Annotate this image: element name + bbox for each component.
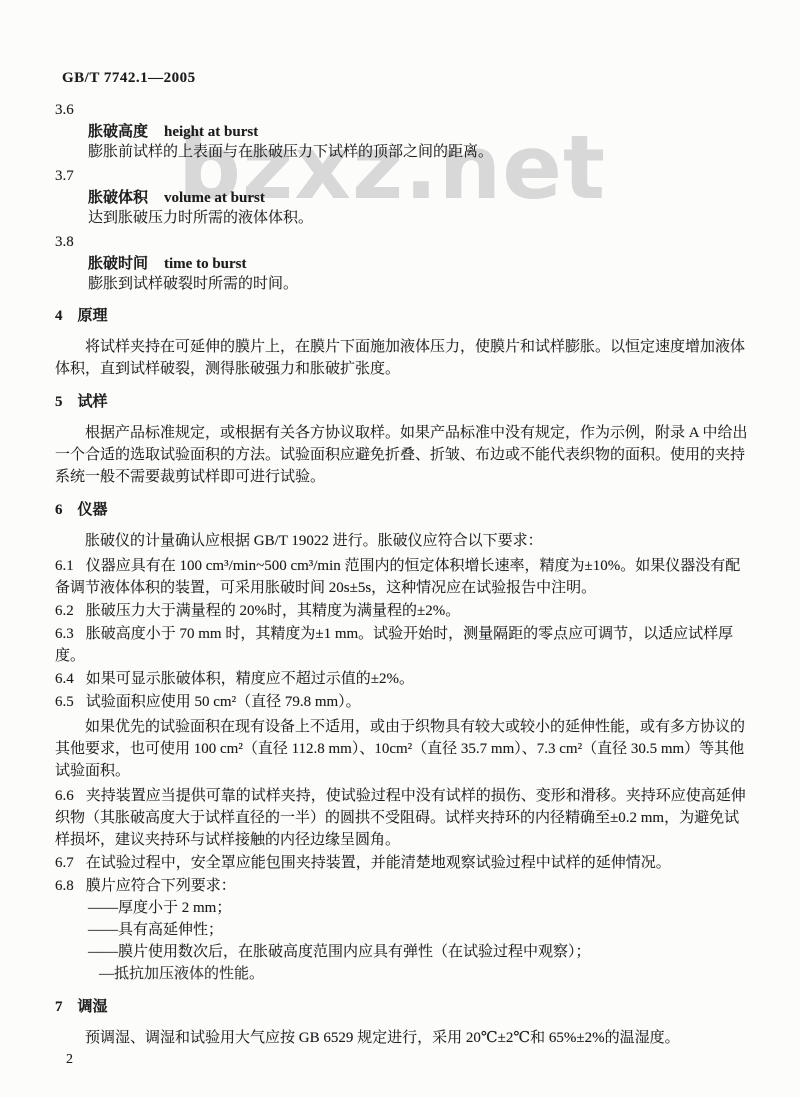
term-3-6-definition: 膨胀前试样的上表面与在胀破压力下试样的顶部之间的距离。 bbox=[55, 143, 752, 162]
section-4-number: 4 bbox=[55, 308, 63, 324]
section-5-paragraph: 根据产品标准规定，或根据有关各方协议取样。如果产品标准中没有规定，作为示例，附录… bbox=[55, 422, 752, 488]
clause-6-3: 6.3胀破高度小于 70 mm 时，其精度为±1 mm。试验开始时，测量隔距的零… bbox=[55, 623, 752, 667]
standard-number-header: GB/T 7742.1—2005 bbox=[62, 70, 196, 87]
page-number: 2 bbox=[66, 1052, 73, 1068]
clause-6-8: 6.8膜片应符合下列要求： bbox=[55, 875, 752, 897]
clause-6-6-number: 6.6 bbox=[55, 788, 74, 804]
clause-6-5-alt-areas: 如果优先的试验面积在现有设备上不适用，或由于织物具有较大或较小的延伸性能，或有多… bbox=[55, 716, 752, 782]
clause-6-2-text: 胀破压力大于满量程的 20%时，其精度为满量程的±2%。 bbox=[86, 603, 460, 619]
section-7-title: 调湿 bbox=[78, 999, 108, 1015]
membrane-requirement-thickness: ——厚度小于 2 mm； bbox=[55, 898, 752, 919]
term-3-6: 胀破高度height at burst bbox=[55, 122, 752, 142]
term-3-8-english: time to burst bbox=[164, 256, 247, 272]
term-3-7-chinese: 胀破体积 bbox=[88, 190, 148, 206]
clause-6-5-number: 6.5 bbox=[55, 694, 74, 710]
section-5-number: 5 bbox=[55, 394, 63, 410]
clause-6-6-text: 夹持装置应当提供可靠的试样夹持，使试验过程中没有试样的损伤、变形和滑移。夹持环应… bbox=[55, 788, 746, 848]
membrane-requirement-elasticity: ——膜片使用数次后，在胀破高度范围内应具有弹性（在试验过程中观察）； bbox=[55, 942, 752, 963]
page-content: 3.6 胀破高度height at burst 膨胀前试样的上表面与在胀破压力下… bbox=[55, 96, 752, 1052]
term-3-8-definition: 膨胀到试样破裂时所需的时间。 bbox=[55, 275, 752, 294]
clause-6-4-number: 6.4 bbox=[55, 671, 74, 687]
clause-number-3-8: 3.8 bbox=[55, 234, 752, 251]
clause-6-4-text: 如果可显示胀破体积，精度应不超过示值的±2%。 bbox=[86, 671, 414, 687]
document-page: bzxz.net GB/T 7742.1—2005 3.6 胀破高度height… bbox=[0, 0, 800, 1097]
clause-6-5-text: 试验面积应使用 50 cm²（直径 79.8 mm）。 bbox=[86, 694, 361, 710]
clause-6-1-text: 仪器应具有在 100 cm³/min~500 cm³/min 范围内的恒定体积增… bbox=[55, 558, 740, 596]
term-3-6-english: height at burst bbox=[164, 124, 258, 140]
section-4-paragraph: 将试样夹持在可延伸的膜片上，在膜片下面施加液体压力，使膜片和试样膨胀。以恒定速度… bbox=[55, 336, 752, 380]
section-6-intro: 胀破仪的计量确认应根据 GB/T 19022 进行。胀破仪应符合以下要求： bbox=[55, 530, 752, 552]
section-7-heading: 7调湿 bbox=[55, 997, 752, 1017]
clause-number-3-6: 3.6 bbox=[55, 102, 752, 119]
membrane-requirement-liquid-resistance: —抵抗加压液体的性能。 bbox=[55, 964, 752, 985]
membrane-requirement-extensibility: ——具有高延伸性； bbox=[55, 920, 752, 941]
term-3-8-chinese: 胀破时间 bbox=[88, 256, 148, 272]
clause-6-7: 6.7在试验过程中，安全罩应能包围夹持装置，并能清楚地观察试验过程中试样的延伸情… bbox=[55, 852, 752, 874]
clause-6-1: 6.1仪器应具有在 100 cm³/min~500 cm³/min 范围内的恒定… bbox=[55, 555, 752, 599]
clause-6-3-text: 胀破高度小于 70 mm 时，其精度为±1 mm。试验开始时，测量隔距的零点应可… bbox=[55, 626, 733, 664]
clause-6-6: 6.6夹持装置应当提供可靠的试样夹持，使试验过程中没有试样的损伤、变形和滑移。夹… bbox=[55, 785, 752, 851]
clause-6-1-number: 6.1 bbox=[55, 558, 74, 574]
term-3-7-definition: 达到胀破压力时所需的液体体积。 bbox=[55, 209, 752, 228]
section-6-heading: 6仪器 bbox=[55, 500, 752, 520]
section-4-heading: 4原理 bbox=[55, 306, 752, 326]
clause-6-8-number: 6.8 bbox=[55, 878, 74, 894]
section-5-title: 试样 bbox=[78, 394, 108, 410]
clause-6-8-text: 膜片应符合下列要求： bbox=[86, 878, 236, 894]
section-6-number: 6 bbox=[55, 502, 63, 518]
clause-6-2-number: 6.2 bbox=[55, 603, 74, 619]
clause-number-3-7: 3.7 bbox=[55, 168, 752, 185]
section-7-number: 7 bbox=[55, 999, 63, 1015]
term-3-8: 胀破时间time to burst bbox=[55, 254, 752, 274]
clause-6-2: 6.2胀破压力大于满量程的 20%时，其精度为满量程的±2%。 bbox=[55, 600, 752, 622]
clause-6-4: 6.4如果可显示胀破体积，精度应不超过示值的±2%。 bbox=[55, 668, 752, 690]
term-3-6-chinese: 胀破高度 bbox=[88, 124, 148, 140]
section-7-paragraph: 预调湿、调湿和试验用大气应按 GB 6529 规定进行，采用 20℃±2℃和 6… bbox=[55, 1027, 752, 1049]
clause-6-5: 6.5试验面积应使用 50 cm²（直径 79.8 mm）。 bbox=[55, 691, 752, 713]
clause-6-7-number: 6.7 bbox=[55, 855, 74, 871]
clause-6-7-text: 在试验过程中，安全罩应能包围夹持装置，并能清楚地观察试验过程中试样的延伸情况。 bbox=[86, 855, 671, 871]
section-6-title: 仪器 bbox=[78, 502, 108, 518]
clause-6-3-number: 6.3 bbox=[55, 626, 74, 642]
term-3-7: 胀破体积volume at burst bbox=[55, 188, 752, 208]
section-5-heading: 5试样 bbox=[55, 392, 752, 412]
term-3-7-english: volume at burst bbox=[164, 190, 265, 206]
section-4-title: 原理 bbox=[78, 308, 108, 324]
